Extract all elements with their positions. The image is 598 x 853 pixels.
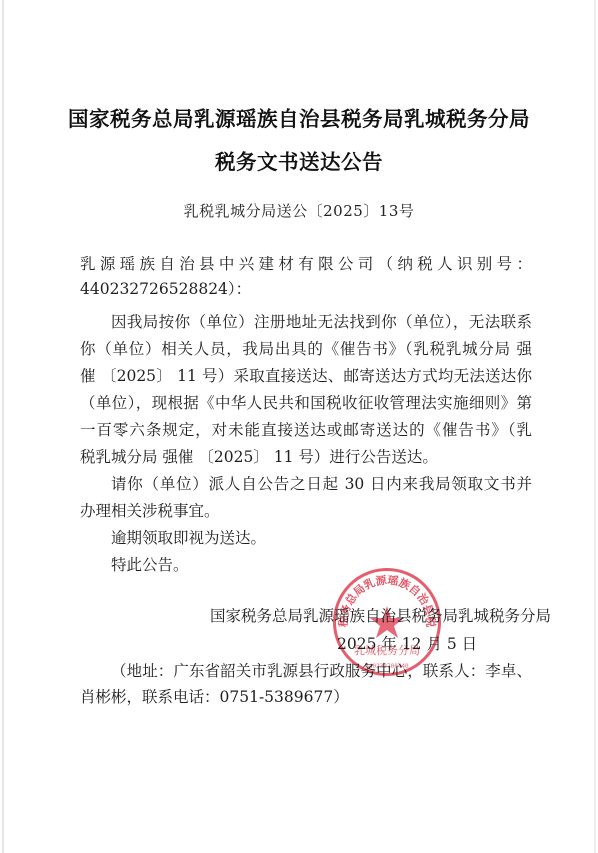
document-number: 乳税乳城分局送公〔2025〕13号 [0,200,598,221]
addressee-line1: 乳源瑶族自治县中兴建材有限公司（纳税人识别号： [80,252,532,274]
document-title-line2: 税务文书送达公告 [0,145,598,175]
paragraph1-line: 税乳城分局 强催 〔2025〕 11 号）进行公告送达。 [80,445,532,467]
document-page: 国家税务总局乳源瑶族自治县税务局乳城税务分局 税务文书送达公告 乳税乳城分局送公… [0,0,598,853]
contact-line2: 肖彬彬，联系电话：0751-5389677） [80,685,532,707]
paragraph1-line: （单位），现根据《中华人民共和国税收征收管理法实施细则》第 [80,391,532,413]
issue-date: 2025 年 12 月 5 日 [337,632,477,654]
document-title-line1: 国家税务总局乳源瑶族自治县税务局乳城税务分局 [0,102,598,132]
paragraph1-line: 因我局按你（单位）注册地址无法找到你（单位），无法联系 [80,310,532,332]
paragraph1-line: 你（单位）相关人员，我局出具的《催告书》（乳税乳城分局 强 [80,337,532,359]
paragraph4: 特此公告。 [80,553,532,575]
paragraph1-line: 一百零六条规定，对未能直接送达或邮寄送达的《催告书》（乳 [80,418,532,440]
paragraph2-line: 请你（单位）派人自公告之日起 30 日内来我局领取文书并 [80,472,532,494]
contact-line1: （地址：广东省韶关市乳源县行政服务中心，联系人：李卓、 [80,659,532,681]
paragraph1-line: 催 〔2025〕 11 号）采取直接送达、邮寄送达方式均无法送达你 [80,364,532,386]
paragraph3: 逾期领取即视为送达。 [80,526,532,548]
issuer-signature: 国家税务总局乳源瑶族自治县税务局乳城税务分局 [210,604,551,626]
paragraph2-line: 办理相关涉税事宜。 [80,499,532,521]
addressee-line2: 440232726528824）： [80,277,532,299]
